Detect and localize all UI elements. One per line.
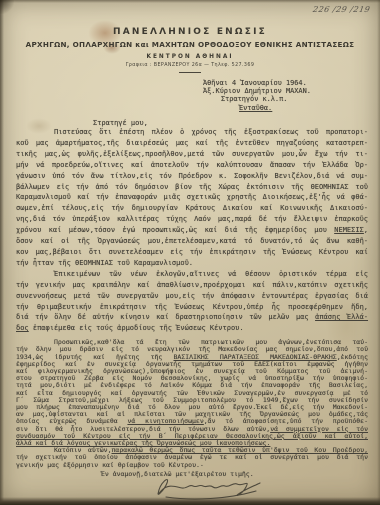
letterhead-divider [179,72,201,73]
salutation: Στρατηγέ μου, [93,119,148,127]
body-line: βάλλωμεν εἰς τήν ἀπό τόν δημόσιον βίον τ… [16,182,368,193]
body-line: μήν νά προεδρεύω,οἵτινες καί ἀποτελοῦν τ… [16,160,368,171]
organization-name: ΠΑΝΕΛΛΗΝΙΟΣ ΕΝΩΣΙΣ [0,27,380,37]
recipient-location: Ἐνταῦθα. [239,104,311,112]
body-line: νης,διά τόν ὑπεράξιον καλλιτέρας τύχης Λ… [16,214,368,225]
scanned-letter-page: 226 /29 /219 ΠΑΝΕΛΛΗΝΙΟΣ ΕΝΩΣΙΣ ΑΡΧΗΓΩΝ,… [0,0,380,505]
body-line: ὅσον καί οἱ τῆς Ὀργανώσεώς μου,ἐπετελέσα… [16,236,368,247]
body-line: τικῆς μας,ὡς φυλῆς,ἐξελίξεως,προσῆλθον,μ… [16,149,368,160]
archive-reference-number: 226 /29 /219 [312,5,371,14]
body-line: Ἐπικειμένων τῶν νέων ἐκλογῶν,αἵτινες νά … [16,269,368,280]
body-line: τήν ἧτταν τῆς ΘΕΟΜΗΝΙΑΣ τοῦ Καραμανλισμο… [16,258,368,269]
date-and-recipient-block: Ἀθῆναι 4 Ἰανουαρίου 1964. Ἀξ.Κύριον Δημή… [203,79,311,112]
letter-body: Πιστεύσας ὅτι ἐπέστη πλέον ὁ χρόνος τῆς … [16,127,368,478]
body-line: γενικήν μας ἐξόρμησιν καί θρίαμβον τοῦ Κ… [16,462,368,469]
scan-corner [0,0,14,14]
scan-edge-top [0,0,380,3]
body-line: γάνωσιν ὑπό τόν ἄνω τίτλον,εἰς τόν Πρόεδ… [16,171,368,182]
organization-subtitle: ΑΡΧΗΓΩΝ, ΟΠΛΑΡΧΗΓΩΝ και ΜΑΧΗΤΩΝ ΟΡΘΟΔΟΞΟ… [0,40,380,49]
dateline: Ἀθῆναι 4 Ἰανουαρίου 1964. [203,79,311,87]
paragraph: Προσωπικῶς,καθ'ὅλα τά ἔτη τῶν πατριωτικῶ… [16,339,368,447]
body-line: Καραμανλισμοῦ καί τήν ἐπαναφοράν μιᾶς σχ… [16,192,368,203]
body-line: σωμεν,ἐπί τέλους,εἰς τήν δημιουργίαν Κρά… [16,203,368,214]
body-line: δος ἐπαφιέμεθα εἰς τούς ἁρμοδίους τῆς Ἑν… [16,323,368,334]
body-line: κοῦ μας ἁμαρτήματος,τῆς διαιρέσεώς μας κ… [16,138,368,149]
body-line: διά τήν ὅλην δέ αὐτήν κίνησιν καί δραστη… [16,312,368,323]
paragraph: Κατόπιν αὐτῶν,παρακαλῶ θερμῶς ὅπως ταῦτα… [16,447,368,469]
letterhead: ΠΑΝΕΛΛΗΝΙΟΣ ΕΝΩΣΙΣ ΑΡΧΗΓΩΝ, ΟΠΛΑΡΧΗΓΩΝ κ… [0,27,380,73]
organization-center: ΚΕΝΤΡΟΝ ΑΘΗΝΑΙ [0,54,380,60]
organization-address: Γραφεια : ΒΕΡΑΝΖΕΡΟΥ 26α — Τηλεφ. 527.36… [0,63,380,68]
body-line: τήν γενικήν μας κραιπάλην καί ἀπαθλίωσιν… [16,280,368,291]
recipient-title: Στρατηγόν κ.λ.π. [221,95,311,103]
scan-edge-bottom [0,497,380,505]
scan-edge-left [0,0,4,505]
paragraph: Ἐπικειμένων τῶν νέων ἐκλογῶν,αἵτινες νά … [16,269,368,334]
body-line: χρόνου καί μέσων,τόσον ἐγώ προσωπικῶς,ὡς… [16,225,368,236]
body-line: συνεννοήσεως μετά τῶν συνεργατῶν μου,εἰς… [16,291,368,302]
paragraph: Πιστεύσας ὅτι ἐπέστη πλέον ὁ χρόνος τῆς … [16,127,368,269]
body-line: κον μας,βέβαιοι ὅτι συνετελέσαμεν εἰς τή… [16,247,368,258]
body-line: Πιστεύσας ὅτι ἐπέστη πλέον ὁ χρόνος τῆς … [16,127,368,138]
body-line: τήν θριμαβευτικήν ἐπικράτησιν τῆς Ἑνώσεω… [16,302,368,313]
